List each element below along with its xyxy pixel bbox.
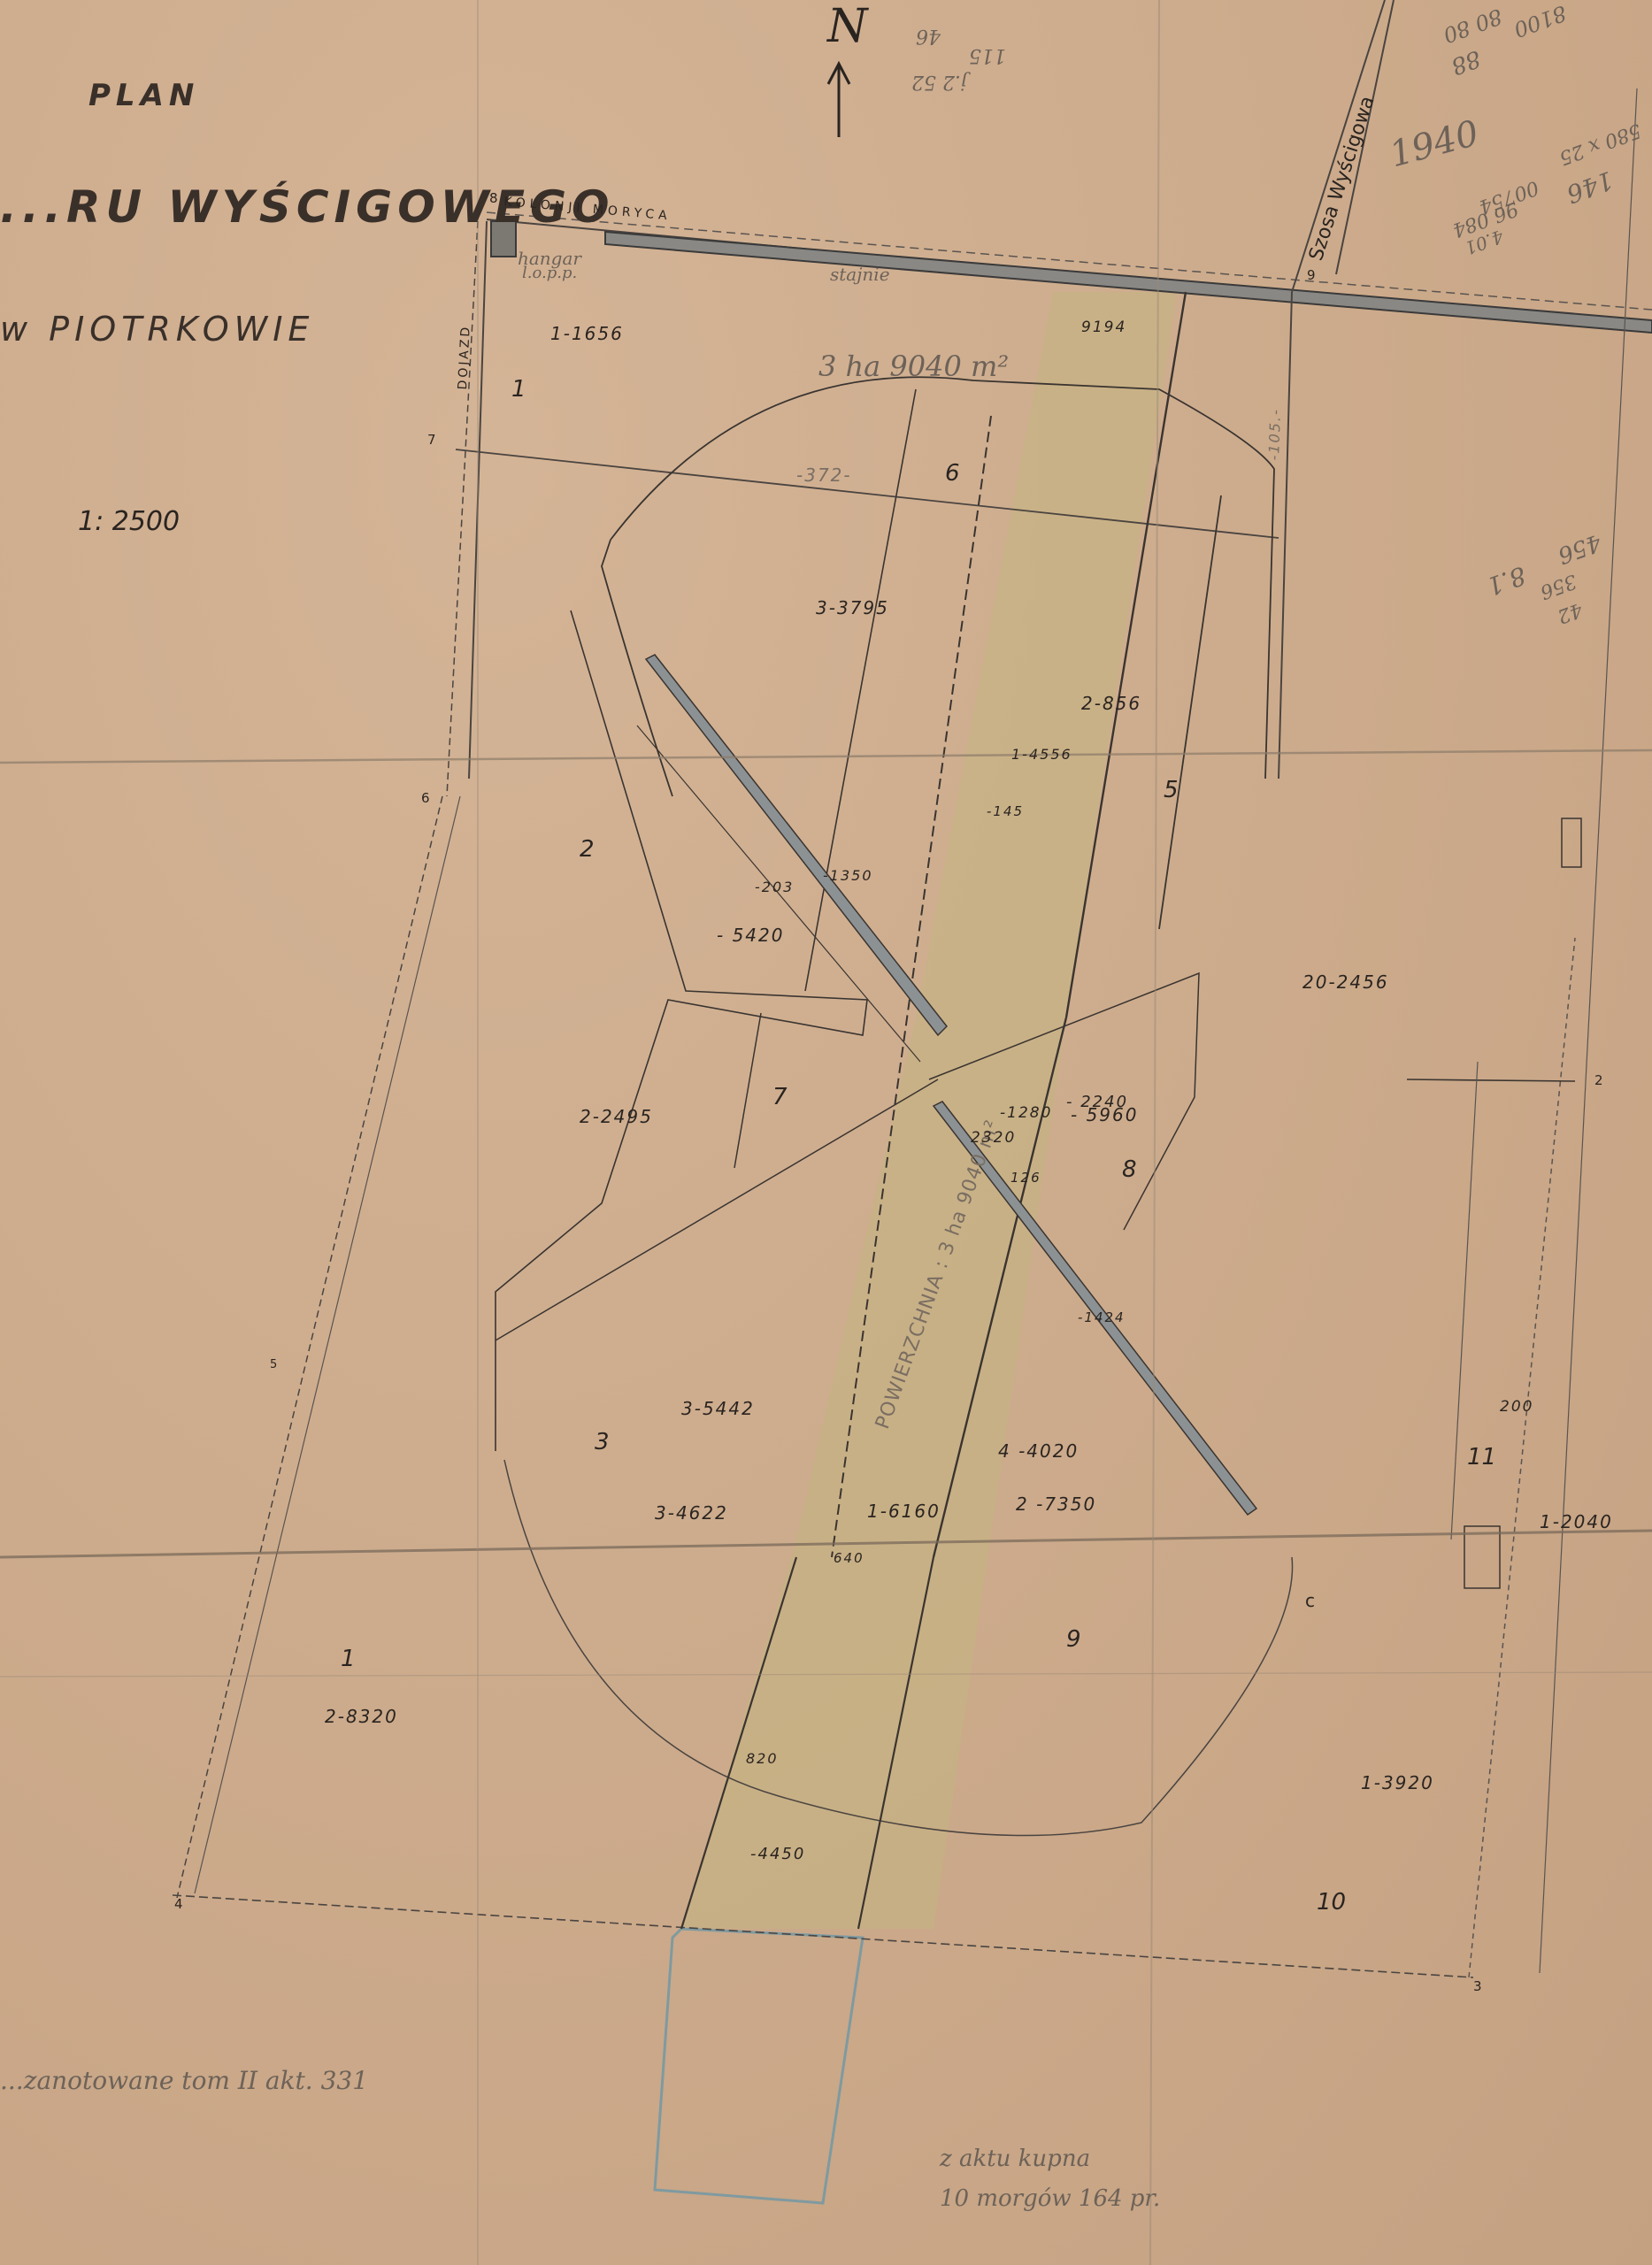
measure-4450: -4450 xyxy=(750,1845,805,1863)
point-c: c xyxy=(1305,1590,1315,1611)
measure-145: -145 xyxy=(987,803,1024,819)
parcel-7-number: 7 xyxy=(772,1084,788,1110)
measure-640: 640 xyxy=(834,1550,864,1566)
measure-9194: 9194 xyxy=(1081,319,1126,336)
point-4: 4 xyxy=(174,1896,183,1912)
parcel-10-area: 1-3920 xyxy=(1361,1772,1434,1793)
parcel-3-number: 3 xyxy=(595,1429,610,1455)
point-3: 3 xyxy=(1473,1978,1482,1994)
map-title-location: w PIOTRKOWIE xyxy=(0,310,314,349)
measure-2320: 2320 xyxy=(971,1129,1016,1147)
parcel-2-area-a: - 5420 xyxy=(717,925,784,946)
parcel-5-number: 5 xyxy=(1164,777,1179,803)
measure-2856: 2-856 xyxy=(1081,693,1141,714)
parcel-2-area-b: 2-2495 xyxy=(580,1106,653,1127)
parcel-5-area: 1-4556 xyxy=(1011,746,1072,763)
measure-372: -372- xyxy=(796,465,852,486)
pencil-note-top-2: 115 xyxy=(969,44,1006,66)
measure-126: 126 xyxy=(1010,1170,1041,1186)
point-5: 5 xyxy=(270,1358,277,1371)
measure-7350: 2 -7350 xyxy=(1016,1493,1096,1515)
parcel-9-number: 9 xyxy=(1066,1626,1081,1653)
label-stables: stajnie xyxy=(830,264,890,285)
label-hangar-owner: l.o.p.p. xyxy=(522,264,577,282)
measure-4020: 4 -4020 xyxy=(998,1440,1079,1462)
parcel-2-number: 2 xyxy=(580,836,595,863)
measure-2240: - 2240 xyxy=(1066,1093,1128,1111)
point-6: 6 xyxy=(421,790,430,806)
parcel-1-area: 1-1656 xyxy=(550,323,624,344)
map-scale: 1: 2500 xyxy=(78,506,180,537)
pencil-note-top-1: 46 xyxy=(916,25,941,47)
parcel-1-south-number: 1 xyxy=(341,1646,356,1672)
parcel-11-area: 1-2040 xyxy=(1540,1511,1613,1532)
point-9: 9 xyxy=(1307,267,1316,283)
parcel-6-area: 3-3795 xyxy=(816,597,889,618)
parcel-6-number: 6 xyxy=(945,460,960,487)
parcel-3-area-a: 3-5442 xyxy=(681,1398,755,1419)
north-label: N xyxy=(827,0,868,53)
point-2: 2 xyxy=(1594,1072,1603,1088)
parcel-1-number: 1 xyxy=(511,376,526,403)
point-7: 7 xyxy=(427,432,436,448)
parcel-1-south-area: 2-8320 xyxy=(325,1706,398,1727)
parcel-20-area: 20-2456 xyxy=(1302,971,1389,993)
measure-1350: -1350 xyxy=(823,867,873,884)
measure-820: 820 xyxy=(746,1750,779,1767)
total-area-label: 3 ha 9040 m² xyxy=(818,349,1009,383)
parcel-3-area-b: 3-4622 xyxy=(655,1502,728,1524)
pencil-note-purchase-2: 10 morgów 164 pr. xyxy=(940,2185,1160,2212)
measure-203: -203 xyxy=(755,879,794,895)
map-title-plan: PLAN xyxy=(88,78,199,113)
track-extension-outline xyxy=(655,1929,863,2203)
pencil-note-archive: ...zanotowane tom II akt. 331 xyxy=(0,2066,368,2095)
parcel-8-number: 8 xyxy=(1122,1156,1137,1183)
point-8: 8 xyxy=(489,190,498,206)
measure-105: -105.- xyxy=(1265,408,1284,461)
measure-1280: -1280 xyxy=(1000,1104,1052,1122)
parcel-11-number: 11 xyxy=(1467,1444,1496,1470)
pencil-note-top-3: j.2 52 xyxy=(911,71,967,93)
pencil-note-purchase-1: z aktu kupna xyxy=(940,2146,1090,2172)
parcel-10-number: 10 xyxy=(1317,1889,1346,1916)
measure-1424: -1424 xyxy=(1078,1309,1126,1325)
measure-6160: 1-6160 xyxy=(867,1501,941,1522)
measure-200: 200 xyxy=(1500,1398,1533,1416)
